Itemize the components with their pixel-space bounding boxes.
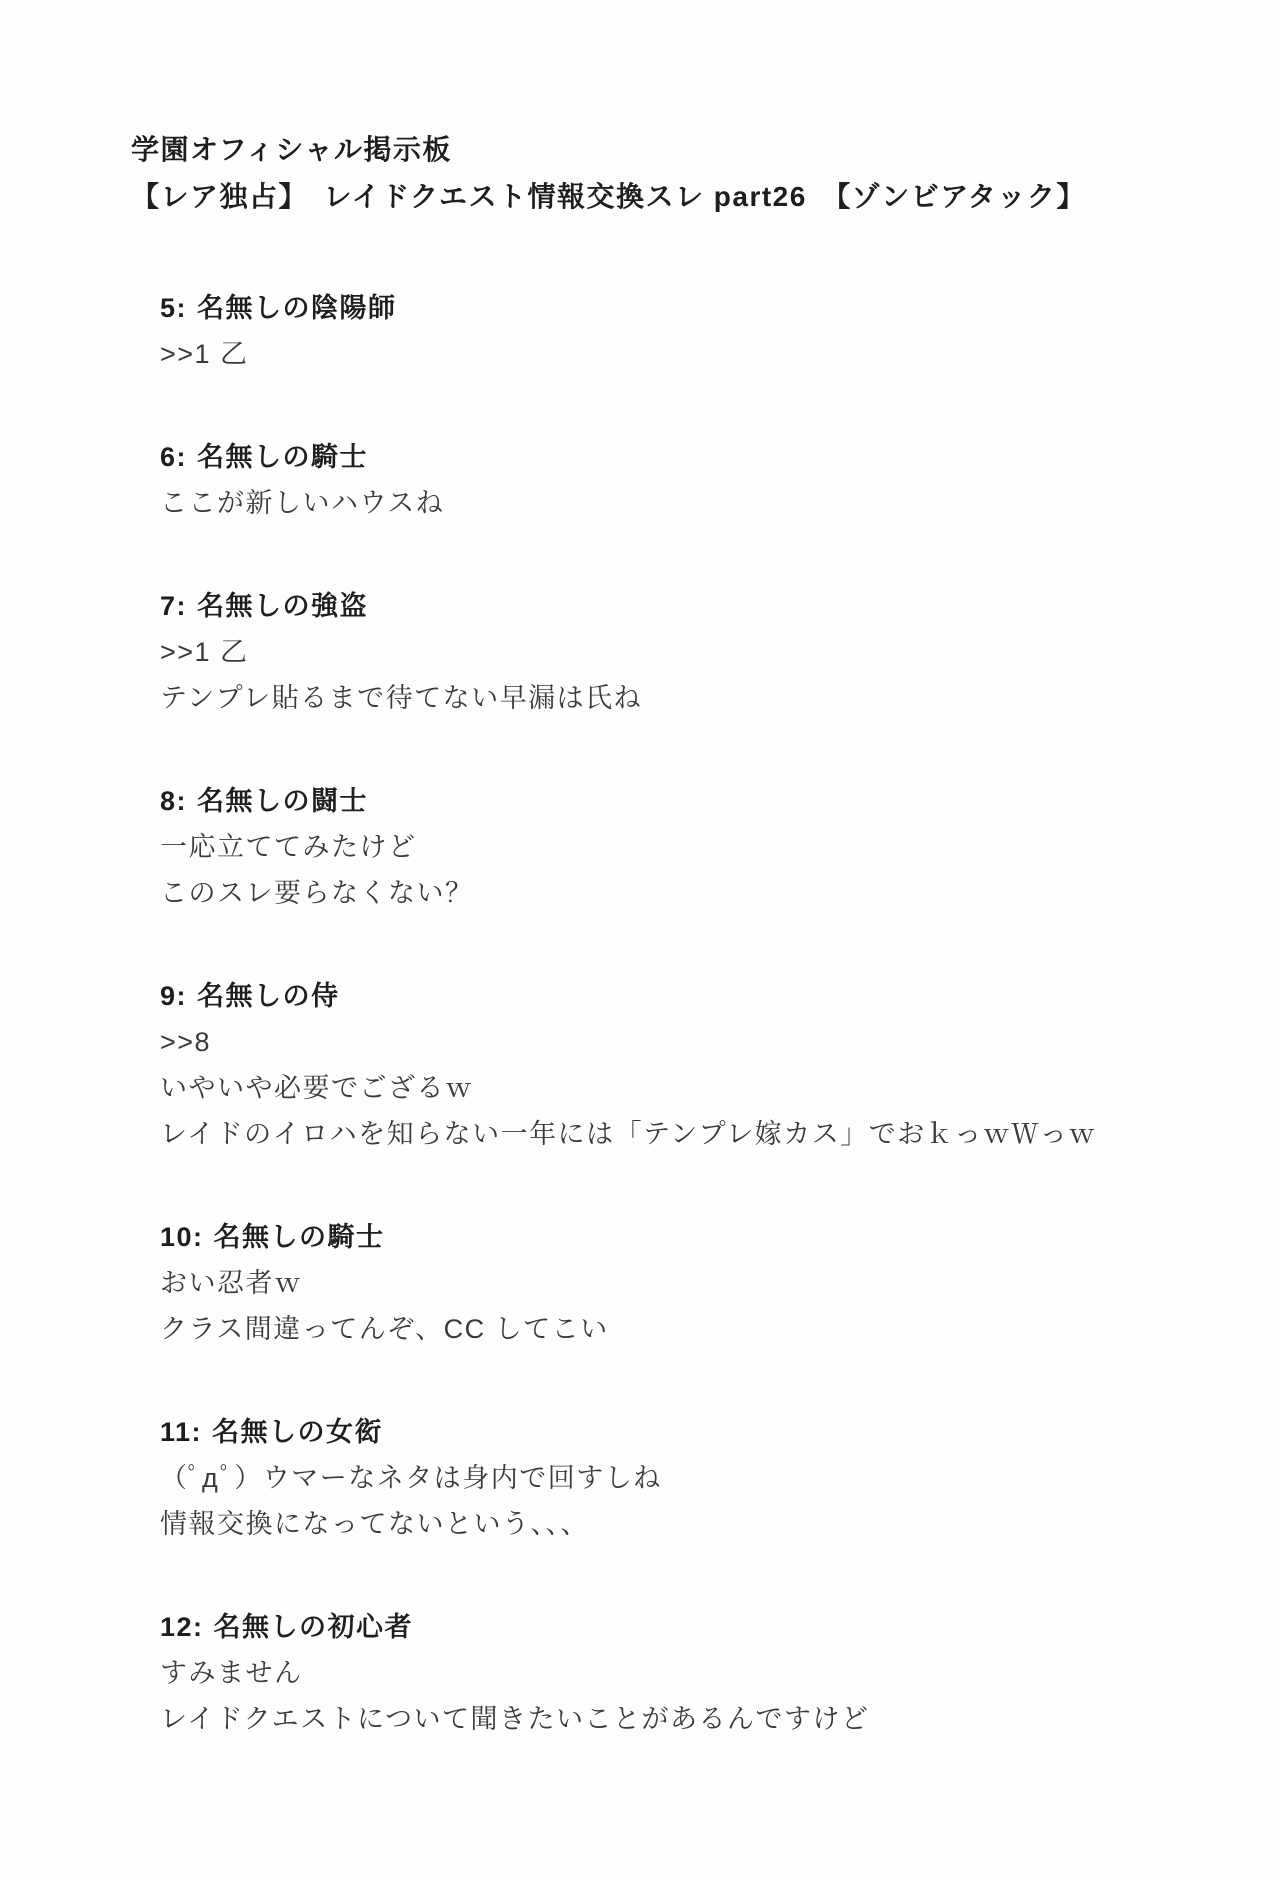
post-number: 8: [160,786,187,816]
post-number: 6: [160,442,187,472]
post-author: 名無しの侍 [197,981,340,1011]
post-line: >>8 [160,1019,1190,1065]
post-line: クラス間違ってんぞ、CC してこい [160,1306,1190,1352]
post-line: （ﾟдﾟ）ウマーなネタは身内で回すしね [160,1455,1190,1501]
post: 5:名無しの陰陽師 >>1 乙 [160,285,1190,377]
board-title: 学園オフィシャル掲示板 [131,128,1190,171]
post-line: レイドクエストについて聞きたいことがあるんですけど [160,1696,1190,1742]
thread-title: 【レア独占】 レイドクエスト情報交換スレ part26 【ゾンビアタック】 [131,175,1190,218]
post-author: 名無しの騎士 [197,442,368,472]
post-header: 5:名無しの陰陽師 [160,285,1190,331]
scanned-page: 学園オフィシャル掲示板 【レア独占】 レイドクエスト情報交換スレ part26 … [0,0,1280,1880]
post-number: 7: [160,591,187,621]
post-number: 9: [160,981,187,1011]
post-line: 情報交換になってないという、、、 [160,1501,1190,1547]
post: 11:名無しの女衒 （ﾟдﾟ）ウマーなネタは身内で回すしね情報交換になってないと… [160,1409,1190,1547]
post-header: 9:名無しの侍 [160,973,1190,1019]
thread-posts: 5:名無しの陰陽師 >>1 乙 6:名無しの騎士 ここが新しいハウスね 7:名無… [160,285,1190,1742]
post-line: >>1 乙 [160,629,1190,675]
post: 7:名無しの強盗 >>1 乙テンプレ貼るまで待てない早漏は氏ね [160,583,1190,721]
post-author: 名無しの強盗 [197,591,368,621]
post-line: このスレ要らなくない？ [160,870,1190,916]
post-author: 名無しの初心者 [214,1612,414,1642]
post-line: ここが新しいハウスね [160,480,1190,526]
post-header: 7:名無しの強盗 [160,583,1190,629]
post: 6:名無しの騎士 ここが新しいハウスね [160,434,1190,526]
post: 12:名無しの初心者 すみませんレイドクエストについて聞きたいことがあるんですけ… [160,1604,1190,1742]
post-author: 名無しの陰陽師 [197,293,397,323]
post-number: 5: [160,293,187,323]
post-number: 10: [160,1222,204,1252]
post-header: 12:名無しの初心者 [160,1604,1190,1650]
post-author: 名無しの女衒 [212,1417,383,1447]
post-number: 12: [160,1612,204,1642]
post-line: レイドのイロハを知らない一年には「テンプレ嫁カス」でおｋっｗＷっｗ [160,1111,1190,1157]
post-line: おい忍者ｗ [160,1260,1190,1306]
post-line: >>1 乙 [160,331,1190,377]
board-header: 学園オフィシャル掲示板 【レア独占】 レイドクエスト情報交換スレ part26 … [131,128,1190,219]
post: 8:名無しの闘士 一応立ててみたけどこのスレ要らなくない？ [160,778,1190,916]
post: 9:名無しの侍 >>8いやいや必要でござるｗレイドのイロハを知らない一年には「テ… [160,973,1190,1157]
post-number: 11: [160,1417,202,1447]
post-line: テンプレ貼るまで待てない早漏は氏ね [160,675,1190,721]
post-author: 名無しの騎士 [214,1222,385,1252]
post-line: いやいや必要でござるｗ [160,1065,1190,1111]
post-line: すみません [160,1650,1190,1696]
post-header: 6:名無しの騎士 [160,434,1190,480]
post-author: 名無しの闘士 [197,786,368,816]
post-header: 8:名無しの闘士 [160,778,1190,824]
post-line: 一応立ててみたけど [160,824,1190,870]
post: 10:名無しの騎士 おい忍者ｗクラス間違ってんぞ、CC してこい [160,1214,1190,1352]
post-header: 10:名無しの騎士 [160,1214,1190,1260]
post-header: 11:名無しの女衒 [160,1409,1190,1455]
